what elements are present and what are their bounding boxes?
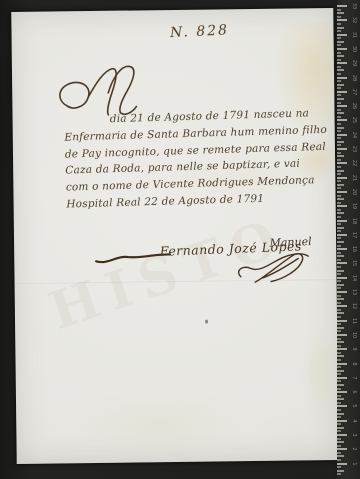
scale-tick [337,162,347,164]
scale-tick [337,380,341,382]
scale-tick [337,305,347,307]
scale-number: 9 [351,343,357,355]
scale-tick [337,141,344,143]
scale-tick [337,466,341,468]
scale-tick [337,112,344,114]
scale-number: 2 [351,443,357,455]
scale-tick [337,152,341,154]
scale-tick [337,209,341,211]
scale-tick [337,413,344,415]
scale-tick [337,119,347,121]
scale-tick [337,259,341,261]
scale-number: 23 [351,143,357,155]
scale-number: 12 [351,300,357,312]
scale-tick [337,445,341,447]
scale-tick [337,166,341,168]
scale-tick [337,205,347,207]
scale-tick [337,123,341,125]
scale-tick [337,91,347,93]
scale-tick [337,173,341,175]
scan-viewport: { "colors": { "background": "#1d1d1b", "… [0,0,360,479]
document-page: HISTO N. 828 dia 21 de Agosto de 1791 na… [11,8,338,464]
scale-tick [337,398,344,400]
scale-number: 5 [351,400,357,412]
scale-tick [337,30,341,32]
scale-tick [337,130,341,132]
scale-tick [337,55,344,57]
scale-tick [337,402,341,404]
scale-tick [337,309,341,311]
scale-number: 32 [351,14,357,26]
scale-tick [337,159,341,161]
scale-tick [337,195,341,197]
scale-tick [337,202,341,204]
scale-tick [337,180,341,182]
scale-tick [337,41,344,43]
scale-tick [337,420,347,422]
foxing-stain [299,326,339,417]
scale-tick [337,80,341,82]
scale-tick [337,434,347,436]
scale-number: 19 [351,200,357,212]
scale-number: 17 [351,229,357,241]
scale-tick [337,441,344,443]
scale-tick [337,438,341,440]
scale-number: 31 [351,29,357,41]
scale-tick [337,27,344,29]
scale-tick [337,405,347,407]
scale-tick [337,448,347,450]
scale-tick [337,291,347,293]
scale-tick [337,23,341,25]
scale-tick [337,459,341,461]
scale-tick [337,287,341,289]
manuscript-body: dia 21 de Agosto de 1791 nasceu naEnferm… [64,105,323,213]
scale-number: 4 [351,415,357,427]
scale-tick [337,295,341,297]
scale-tick [337,463,347,465]
scale-tick [337,455,344,457]
scale-tick [337,105,347,107]
scale-tick [337,69,344,71]
scale-tick [337,177,347,179]
ink-speck [205,320,208,324]
scale-tick [337,277,347,279]
scale-tick [337,427,344,429]
scale-number: 33 [351,0,357,12]
scale-tick [337,191,347,193]
scale-tick [337,37,341,39]
scale-number: 13 [351,286,357,298]
scale-tick [337,19,347,21]
scale-number: 3 [351,429,357,441]
scale-number: 30 [351,43,357,55]
scale-tick [337,137,341,139]
document-number: N. 828 [139,21,260,43]
scale-tick [337,187,341,189]
scale-number: 11 [351,315,357,327]
scale-number: 20 [351,186,357,198]
scale-number: 6 [351,386,357,398]
scale-tick [337,373,341,375]
scale-tick [337,216,341,218]
scale-tick [337,98,344,100]
scale-tick [337,377,347,379]
scale-tick [337,12,344,14]
scale-tick [337,48,347,50]
scale-number: 1 [351,458,357,470]
scale-tick [337,227,344,229]
scale-tick [337,127,344,129]
scale-tick [337,84,344,86]
scale-number: 25 [351,114,357,126]
scale-tick [337,452,341,454]
scale-tick [337,320,347,322]
scale-number: 26 [351,100,357,112]
scale-tick [337,248,347,250]
scale-tick [337,284,344,286]
scale-tick [337,473,341,475]
scale-tick [337,430,341,432]
scale-tick [337,370,344,372]
scale-tick [337,212,344,214]
scale-tick [337,245,341,247]
scale-tick [337,148,347,150]
scale-tick [337,266,341,268]
scale-tick [337,234,347,236]
scale-tick [337,220,347,222]
scale-tick [337,312,344,314]
scale-tick [337,5,347,7]
signature-rubric [232,250,313,287]
scale-tick [337,262,347,264]
scale-tick [337,327,344,329]
measurement-scale: 3332313029282726252423222120191817161514… [337,0,360,479]
scale-tick [337,391,347,393]
scale-tick [337,366,341,368]
scale-number: 15 [351,257,357,269]
scale-tick [337,280,341,282]
scale-number: 29 [351,57,357,69]
scale-tick [337,102,341,104]
scale-tick [337,77,347,79]
scale-tick [337,198,344,200]
scale-number: 22 [351,157,357,169]
scale-tick [337,416,341,418]
scale-tick [337,409,341,411]
scale-tick [337,144,341,146]
scale-tick [337,470,344,472]
scale-tick [337,255,344,257]
scale-tick [337,34,347,36]
scale-tick [337,44,341,46]
signature-block: Fernando Jozé Lopes Manuel [93,233,338,293]
scale-tick [337,302,341,304]
scale-tick [337,348,347,350]
scale-tick [337,73,341,75]
scale-tick [337,59,341,61]
scale-tick [337,16,341,18]
scale-tick [337,252,341,254]
scale-tick [337,223,341,225]
signature-secondary-name: Manuel [269,235,311,250]
scale-tick [337,355,344,357]
scale-tick [337,323,341,325]
scale-tick [337,270,344,272]
scale-tick [337,116,341,118]
scale-number: 8 [351,358,357,370]
foxing-stain [64,387,255,464]
scale-number: 10 [351,329,357,341]
scale-tick [337,241,344,243]
scale-tick [337,338,341,340]
scale-tick [337,94,341,96]
scale-tick [337,388,341,390]
scale-number: 7 [351,372,357,384]
scale-tick [337,352,341,354]
scale-tick [337,341,344,343]
scale-tick [337,134,347,136]
scale-tick [337,66,341,68]
scale-number: 21 [351,172,357,184]
scale-tick [337,423,341,425]
scale-tick [337,87,341,89]
scale-tick [337,298,344,300]
scale-tick [337,155,344,157]
scale-tick [337,359,341,361]
scale-tick [337,395,341,397]
scale-number: 27 [351,86,357,98]
scale-tick [337,334,347,336]
scale-number: 16 [351,243,357,255]
scale-tick [337,237,341,239]
scale-tick [337,384,344,386]
scale-number: 24 [351,129,357,141]
scale-tick [337,345,341,347]
scale-number: 18 [351,215,357,227]
scale-tick [337,9,341,11]
scale-tick [337,52,341,54]
scale-tick [337,170,344,172]
scale-tick [337,184,344,186]
scale-tick [337,316,341,318]
scale-tick [337,363,347,365]
scale-tick [337,62,347,64]
scale-number: 14 [351,272,357,284]
scale-number: 28 [351,72,357,84]
scale-tick [337,109,341,111]
scale-tick [337,330,341,332]
scale-tick [337,230,341,232]
scale-tick [337,273,341,275]
